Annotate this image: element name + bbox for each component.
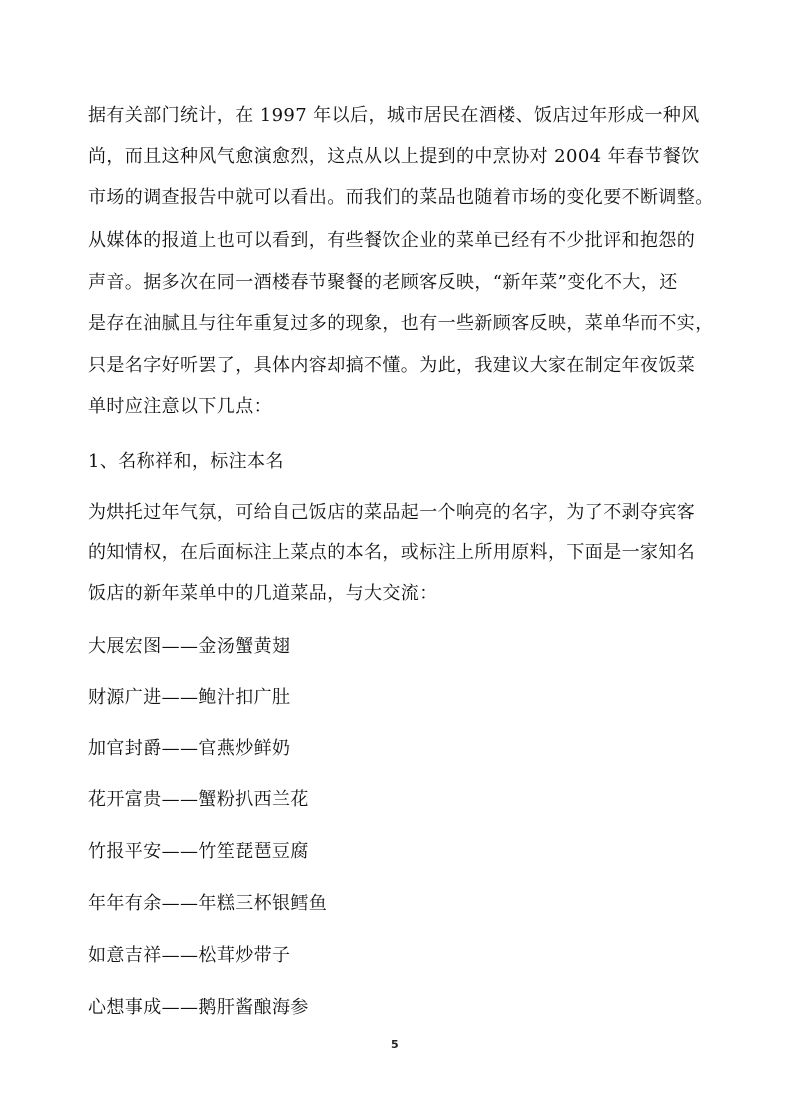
- menu-item: 大展宏图——金汤蟹黄翅: [88, 635, 290, 659]
- text-line: 饭店的新年菜单中的几道菜品，与大交流：: [88, 582, 438, 606]
- text-line: 为烘托过年气氛，可给自己饭店的菜品起一个响亮的名字，为了不剥夺宾客: [88, 501, 695, 525]
- menu-item-dish: 松茸炒带子: [198, 945, 290, 966]
- menu-item-dish: 鹅肝酱酿海参: [198, 997, 308, 1018]
- menu-item: 年年有余——年糕三杯银鳕鱼: [88, 892, 327, 916]
- menu-item-dish: 竹笙琵琶豆腐: [198, 841, 308, 862]
- menu-item-separator: ——: [162, 997, 199, 1018]
- menu-item: 竹报平安——竹笙琵琶豆腐: [88, 840, 309, 864]
- text-line: 的知情权，在后面标注上菜点的本名，或标注上所用原料，下面是一家知名: [88, 541, 695, 565]
- menu-item-separator: ——: [162, 893, 199, 914]
- menu-item-name: 心想事成: [88, 997, 162, 1018]
- text-line: 声音。据多次在同一酒楼春节聚餐的老顾客反映，“新年菜”变化不大，还: [88, 271, 678, 295]
- menu-item-dish: 金汤蟹黄翅: [198, 636, 290, 657]
- menu-item: 加官封爵——官燕炒鲜奶: [88, 737, 290, 761]
- section-heading: 1、名称祥和，标注本名: [88, 450, 284, 474]
- text-line: 据有关部门统计，在 1997 年以后，城市居民在酒楼、饭店过年形成一种风: [88, 104, 700, 128]
- menu-item-separator: ——: [162, 841, 199, 862]
- menu-item-name: 大展宏图: [88, 636, 162, 657]
- menu-item: 花开富贵——蟹粉扒西兰花: [88, 788, 309, 812]
- page-number: 5: [391, 1038, 399, 1051]
- menu-item-separator: ——: [162, 687, 199, 708]
- menu-item: 财源广进——鲍汁扣广肚: [88, 686, 290, 710]
- menu-item-dish: 鲍汁扣广肚: [198, 687, 290, 708]
- menu-item-name: 竹报平安: [88, 841, 162, 862]
- text-line: 从媒体的报道上也可以看到，有些餐饮企业的菜单已经有不少批评和抱怨的: [88, 229, 695, 253]
- menu-item: 如意吉祥——松茸炒带子: [88, 944, 290, 968]
- document-page: 据有关部门统计，在 1997 年以后，城市居民在酒楼、饭店过年形成一种风 尚，而…: [0, 0, 792, 1120]
- menu-item-dish: 官燕炒鲜奶: [198, 738, 290, 759]
- menu-item-name: 加官封爵: [88, 738, 162, 759]
- text-line: 尚，而且这种风气愈演愈烈，这点从以上提到的中烹协对 2004 年春节餐饮: [88, 145, 700, 169]
- menu-item-dish: 蟹粉扒西兰花: [198, 789, 308, 810]
- menu-item-dish: 年糕三杯银鳕鱼: [198, 893, 327, 914]
- menu-item-separator: ——: [162, 789, 199, 810]
- text-line: 单时应注意以下几点：: [88, 395, 272, 419]
- text-line: 是存在油腻且与往年重复过多的现象，也有一些新顾客反映，菜单华而不实，: [88, 312, 714, 336]
- text-line: 市场的调查报告中就可以看出。而我们的菜品也随着市场的变化要不断调整。: [88, 186, 714, 210]
- menu-item-name: 财源广进: [88, 687, 162, 708]
- menu-item-separator: ——: [162, 636, 199, 657]
- menu-item-name: 年年有余: [88, 893, 162, 914]
- text-line: 只是名字好听罢了，具体内容却搞不懂。为此，我建议大家在制定年夜饭菜: [88, 354, 695, 378]
- menu-item-separator: ——: [162, 945, 199, 966]
- menu-item-separator: ——: [162, 738, 199, 759]
- menu-item-name: 如意吉祥: [88, 945, 162, 966]
- menu-item-name: 花开富贵: [88, 789, 162, 810]
- menu-item: 心想事成——鹅肝酱酿海参: [88, 996, 309, 1020]
